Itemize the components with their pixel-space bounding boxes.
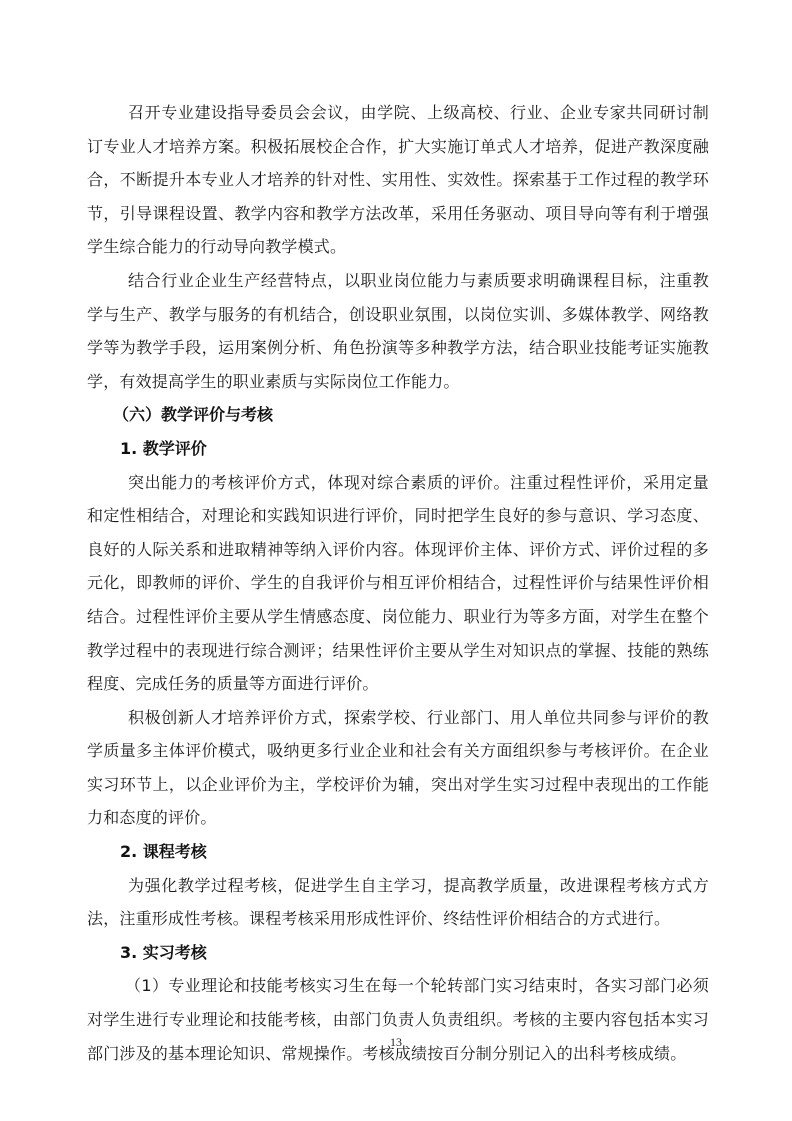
subheading-course-assessment: 2. 课程考核 bbox=[87, 835, 709, 869]
subheading-teaching-evaluation: 1. 教学评价 bbox=[87, 432, 709, 466]
section-heading-evaluation-assessment: （六）教学评价与考核 bbox=[87, 398, 709, 432]
subheading-internship-assessment: 3. 实习考核 bbox=[87, 936, 709, 970]
page-number: 13 bbox=[0, 1035, 792, 1050]
paragraph-course-assessment: 为强化教学过程考核，促进学生自主学习，提高教学质量，改进课程考核方式方法，注重形… bbox=[87, 869, 709, 936]
paragraph-ability-assessment: 突出能力的考核评价方式，体现对综合素质的评价。注重过程性评价，采用定量和定性相结… bbox=[87, 466, 709, 701]
paragraph-teaching-methods: 结合行业企业生产经营特点，以职业岗位能力与素质要求明确课程目标，注重教学与生产、… bbox=[87, 264, 709, 398]
page-content: 召开专业建设指导委员会会议，由学院、上级高校、行业、企业专家共同研讨制订专业人才… bbox=[87, 96, 709, 1070]
document-page: 召开专业建设指导委员会会议，由学院、上级高校、行业、企业专家共同研讨制订专业人才… bbox=[0, 0, 792, 1121]
paragraph-curriculum-committee: 召开专业建设指导委员会会议，由学院、上级高校、行业、企业专家共同研讨制订专业人才… bbox=[87, 96, 709, 264]
paragraph-internship-assessment: （1）专业理论和技能考核实习生在每一个轮转部门实习结束时，各实习部门必须对学生进… bbox=[87, 969, 709, 1070]
paragraph-multi-party-evaluation: 积极创新人才培养评价方式，探索学校、行业部门、用人单位共同参与评价的教学质量多主… bbox=[87, 701, 709, 835]
